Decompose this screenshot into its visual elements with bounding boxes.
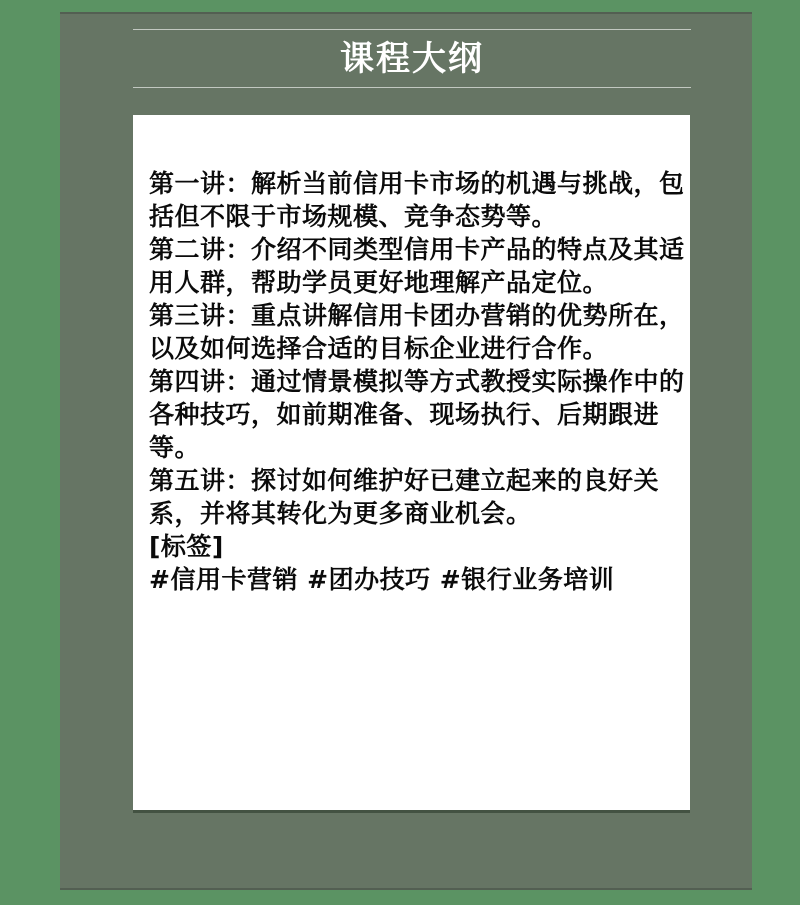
text-line: 等。 bbox=[149, 431, 678, 464]
text-line: 各种技巧，如前期准备、现场执行、后期跟进 bbox=[149, 398, 678, 431]
text-line: 以及如何选择合适的目标企业进行合作。 bbox=[149, 332, 678, 365]
outline-text-block: 第一讲：解析当前信用卡市场的机遇与挑战，包括但不限于市场规模、竞争态势等。第二讲… bbox=[149, 167, 678, 596]
text-line: 第四讲：通过情景模拟等方式教授实际操作中的 bbox=[149, 365, 678, 398]
text-line: [标签] bbox=[149, 530, 678, 563]
content-panel: 课程大纲 第一讲：解析当前信用卡市场的机遇与挑战，包括但不限于市场规模、竞争态势… bbox=[60, 12, 752, 890]
text-line: 括但不限于市场规模、竞争态势等。 bbox=[149, 200, 678, 233]
title-divider-bottom bbox=[133, 87, 691, 88]
text-line: 第二讲：介绍不同类型信用卡产品的特点及其适 bbox=[149, 233, 678, 266]
text-line: 第三讲：重点讲解信用卡团办营销的优势所在， bbox=[149, 299, 678, 332]
text-line: 系，并将其转化为更多商业机会。 bbox=[149, 497, 678, 530]
page-title: 课程大纲 bbox=[133, 30, 691, 87]
text-line: 第五讲：探讨如何维护好已建立起来的良好关 bbox=[149, 464, 678, 497]
text-line: 第一讲：解析当前信用卡市场的机遇与挑战，包 bbox=[149, 167, 678, 200]
text-line: 用人群，帮助学员更好地理解产品定位。 bbox=[149, 266, 678, 299]
outline-card: 第一讲：解析当前信用卡市场的机遇与挑战，包括但不限于市场规模、竞争态势等。第二讲… bbox=[133, 115, 690, 810]
page-background: 课程大纲 第一讲：解析当前信用卡市场的机遇与挑战，包括但不限于市场规模、竞争态势… bbox=[0, 0, 800, 905]
text-line: #信用卡营销 #团办技巧 #银行业务培训 bbox=[149, 563, 678, 596]
